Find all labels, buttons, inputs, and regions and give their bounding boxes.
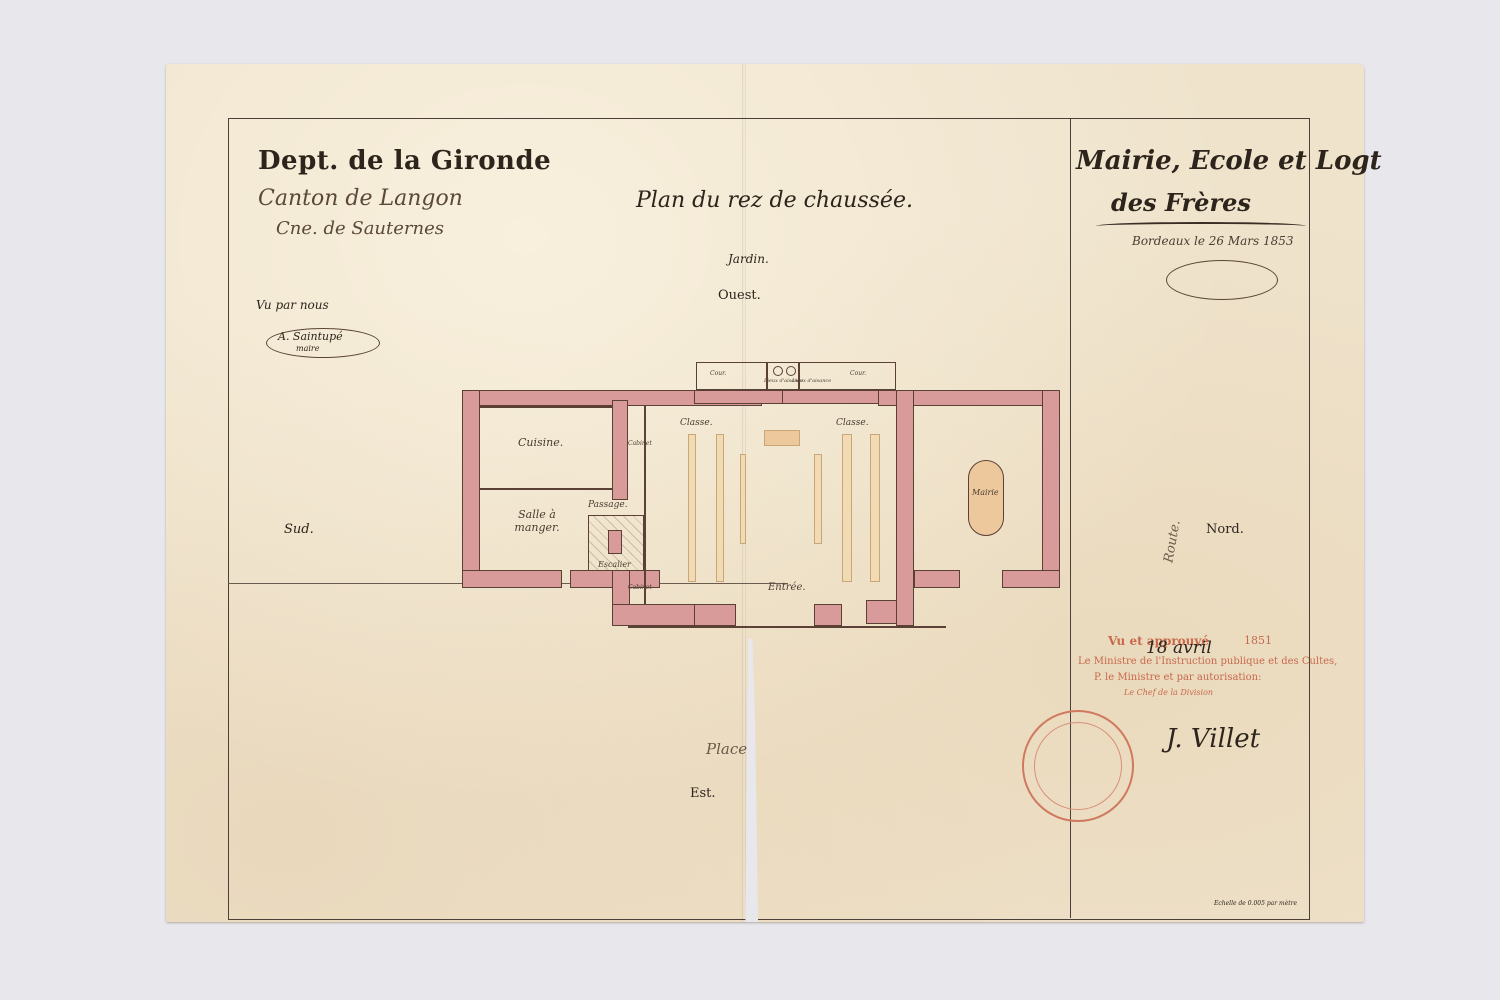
council-table — [968, 460, 1004, 536]
wall — [1002, 570, 1060, 588]
latrine-seat — [786, 366, 796, 376]
stamp-minister: Le Ministre de l'Instruction publique et… — [1078, 656, 1337, 667]
bench — [870, 434, 880, 582]
stamp-authorization: P. le Ministre et par autorisation: — [1094, 672, 1261, 683]
department-title: Dept. de la Gironde — [258, 146, 551, 176]
bench — [688, 434, 696, 582]
room-label-cupboard-bottom: Cabinet — [628, 584, 652, 591]
room-label-class-right: Classe. — [836, 418, 869, 428]
canton-label: Canton de Langon — [258, 186, 463, 211]
project-title-line1: Mairie, Ecole et Logt — [1076, 146, 1382, 176]
garden-label: Jardin. — [728, 252, 769, 266]
mayor-signature: A. Saintupé — [278, 330, 343, 343]
bench — [740, 454, 746, 544]
square-label: Place. — [706, 740, 752, 758]
scale-note: Echelle de 0.005 par mètre — [1214, 900, 1297, 907]
partition — [480, 488, 612, 490]
wall — [896, 390, 914, 626]
architect-signature — [1166, 260, 1278, 300]
bench — [814, 454, 822, 544]
floor-plan-sheet: Dept. de la Gironde Canton de Langon Cne… — [166, 64, 1364, 922]
room-label-court-left: Cour. — [710, 370, 726, 377]
wall — [914, 570, 960, 588]
partition — [798, 362, 800, 390]
partition — [644, 406, 646, 604]
commune-label: Cne. de Sauternes — [276, 218, 444, 239]
room-label-dining: Salle à manger. — [512, 508, 562, 534]
partition — [766, 362, 768, 390]
teacher-desk — [764, 430, 800, 446]
minister-signature: J. Villet — [1166, 724, 1260, 754]
wall — [612, 400, 628, 500]
bench — [716, 434, 724, 582]
plan-title: Plan du rez de chaussée. — [636, 188, 913, 213]
room-label-cupboard-top: Cabinet — [628, 440, 652, 447]
stair-core — [608, 530, 622, 554]
room-label-court-right: Cour. — [850, 370, 866, 377]
room-label-class-left: Classe. — [680, 418, 713, 428]
kitchen-room — [480, 406, 612, 408]
wall — [462, 390, 480, 588]
flourish-rule — [1096, 222, 1306, 230]
official-seal — [1022, 710, 1134, 822]
stamp-year: 1851 — [1244, 634, 1272, 647]
room-label-latrine-right: Lieux d'aisance — [792, 378, 831, 384]
wall — [462, 570, 562, 588]
room-label-entrance: Entrée. — [768, 582, 806, 593]
room-label-stairs: Escalier — [598, 560, 631, 569]
stamp-division: Le Chef de la Division — [1124, 688, 1213, 697]
outer-line — [628, 626, 946, 628]
room-label-passage: Passage. — [588, 500, 628, 510]
wall — [1042, 390, 1060, 588]
bench — [842, 434, 852, 582]
approval-text: Vu par nous — [256, 298, 329, 312]
room-label-kitchen: Cuisine. — [518, 436, 563, 449]
project-title-line2: des Frères — [1111, 188, 1251, 217]
south-label: Sud. — [284, 522, 314, 537]
room-label-mairie: Mairie — [972, 488, 999, 497]
place-date: Bordeaux le 26 Mars 1853 — [1132, 234, 1294, 248]
latrine-seat — [773, 366, 783, 376]
wall — [694, 604, 736, 626]
stamp-date: 18 avril — [1146, 638, 1212, 658]
west-label: Ouest. — [718, 288, 761, 303]
mayor-role: maire — [296, 344, 319, 353]
north-label: Nord. — [1206, 522, 1244, 537]
east-label: Est. — [690, 786, 716, 801]
wall — [814, 604, 842, 626]
